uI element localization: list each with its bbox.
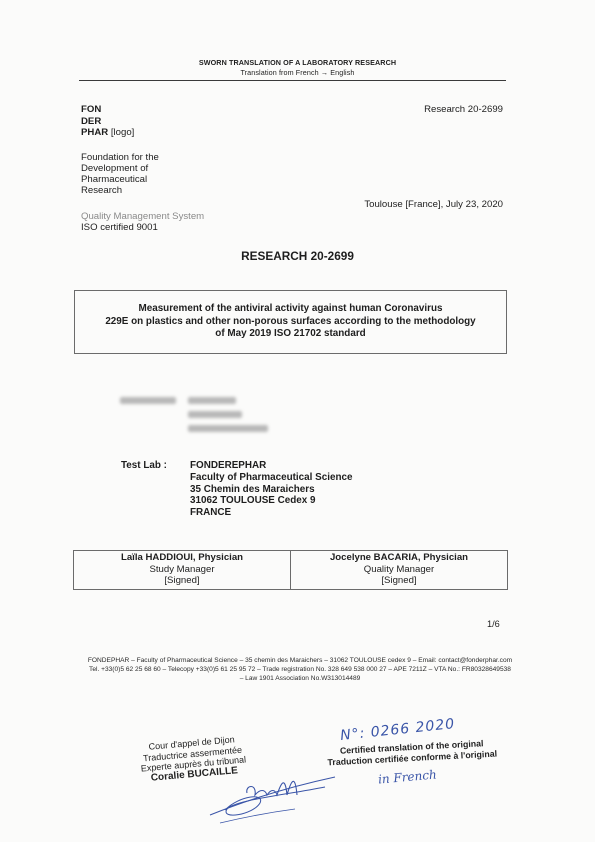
footer-line: Tel. +33(0)5 62 25 68 60 – Telecopy +33(… — [30, 666, 570, 675]
foundation-line: Research — [81, 185, 159, 196]
test-lab-line: FONDEREPHAR — [190, 460, 352, 472]
logo-line: DER — [81, 116, 101, 127]
logo-line: FON — [81, 104, 101, 115]
signatory-status: [Signed] — [74, 575, 290, 587]
test-lab-line: 35 Chemin des Maraichers — [190, 484, 352, 496]
page-number: 1/6 — [487, 619, 500, 629]
logo-line: PHAR — [81, 127, 108, 138]
signatory-study-manager: Laïla HADDIOUI, Physician Study Manager … — [74, 551, 290, 589]
foundation-line: Foundation for the — [81, 152, 159, 163]
signatory-table: Laïla HADDIOUI, Physician Study Manager … — [73, 550, 508, 590]
signatory-status: [Signed] — [291, 575, 507, 587]
signatory-role: Quality Manager — [291, 564, 507, 576]
logo-note: [logo] — [111, 127, 134, 138]
org-logo: FON DER PHAR [logo] — [81, 104, 134, 139]
handwritten-note: in French — [378, 767, 438, 786]
quality-certification: Quality Management System ISO certified … — [81, 211, 204, 233]
study-title-line: of May 2019 ISO 21702 standard — [105, 328, 475, 341]
signatory-name: Laïla HADDIOUI, Physician — [74, 552, 290, 564]
research-reference: Research 20-2699 — [424, 104, 503, 115]
header-divider — [79, 80, 506, 81]
foundation-line: Development of — [81, 163, 159, 174]
document-header: SWORN TRANSLATION OF A LABORATORY RESEAR… — [0, 58, 595, 78]
signatory-role: Study Manager — [74, 564, 290, 576]
header-title: SWORN TRANSLATION OF A LABORATORY RESEAR… — [0, 58, 595, 68]
test-lab-line: Faculty of Pharmaceutical Science — [190, 472, 352, 484]
redacted-line — [188, 425, 268, 432]
foundation-name: Foundation for the Development of Pharma… — [81, 152, 159, 196]
test-lab-label: Test Lab : — [121, 460, 167, 472]
qms-label: Quality Management System — [81, 211, 204, 222]
foundation-line: Pharmaceutical — [81, 174, 159, 185]
place-date: Toulouse [France], July 23, 2020 — [364, 199, 503, 210]
study-title-box: Measurement of the antiviral activity ag… — [74, 290, 507, 354]
redacted-label — [120, 397, 176, 404]
test-lab-line: 31062 TOULOUSE Cedex 9 — [190, 495, 352, 507]
footer-line: FONDEPHAR – Faculty of Pharmaceutical Sc… — [30, 657, 570, 666]
study-title-line: Measurement of the antiviral activity ag… — [105, 303, 475, 316]
signatory-quality-manager: Jocelyne BACARIA, Physician Quality Mana… — [290, 551, 507, 589]
test-lab-line: FRANCE — [190, 507, 352, 519]
header-subtitle: Translation from French → English — [0, 68, 595, 78]
translator-signature-icon — [205, 765, 345, 825]
footer-line: – Law 1901 Association No.W313014489 — [30, 675, 570, 684]
redacted-line — [188, 397, 236, 404]
page-footer: FONDEPHAR – Faculty of Pharmaceutical Sc… — [30, 657, 570, 683]
iso-label: ISO certified 9001 — [81, 222, 204, 233]
signatory-name: Jocelyne BACARIA, Physician — [291, 552, 507, 564]
study-title-line: 229E on plastics and other non-porous su… — [105, 316, 475, 329]
research-title: RESEARCH 20-2699 — [0, 249, 595, 263]
redacted-line — [188, 411, 242, 418]
